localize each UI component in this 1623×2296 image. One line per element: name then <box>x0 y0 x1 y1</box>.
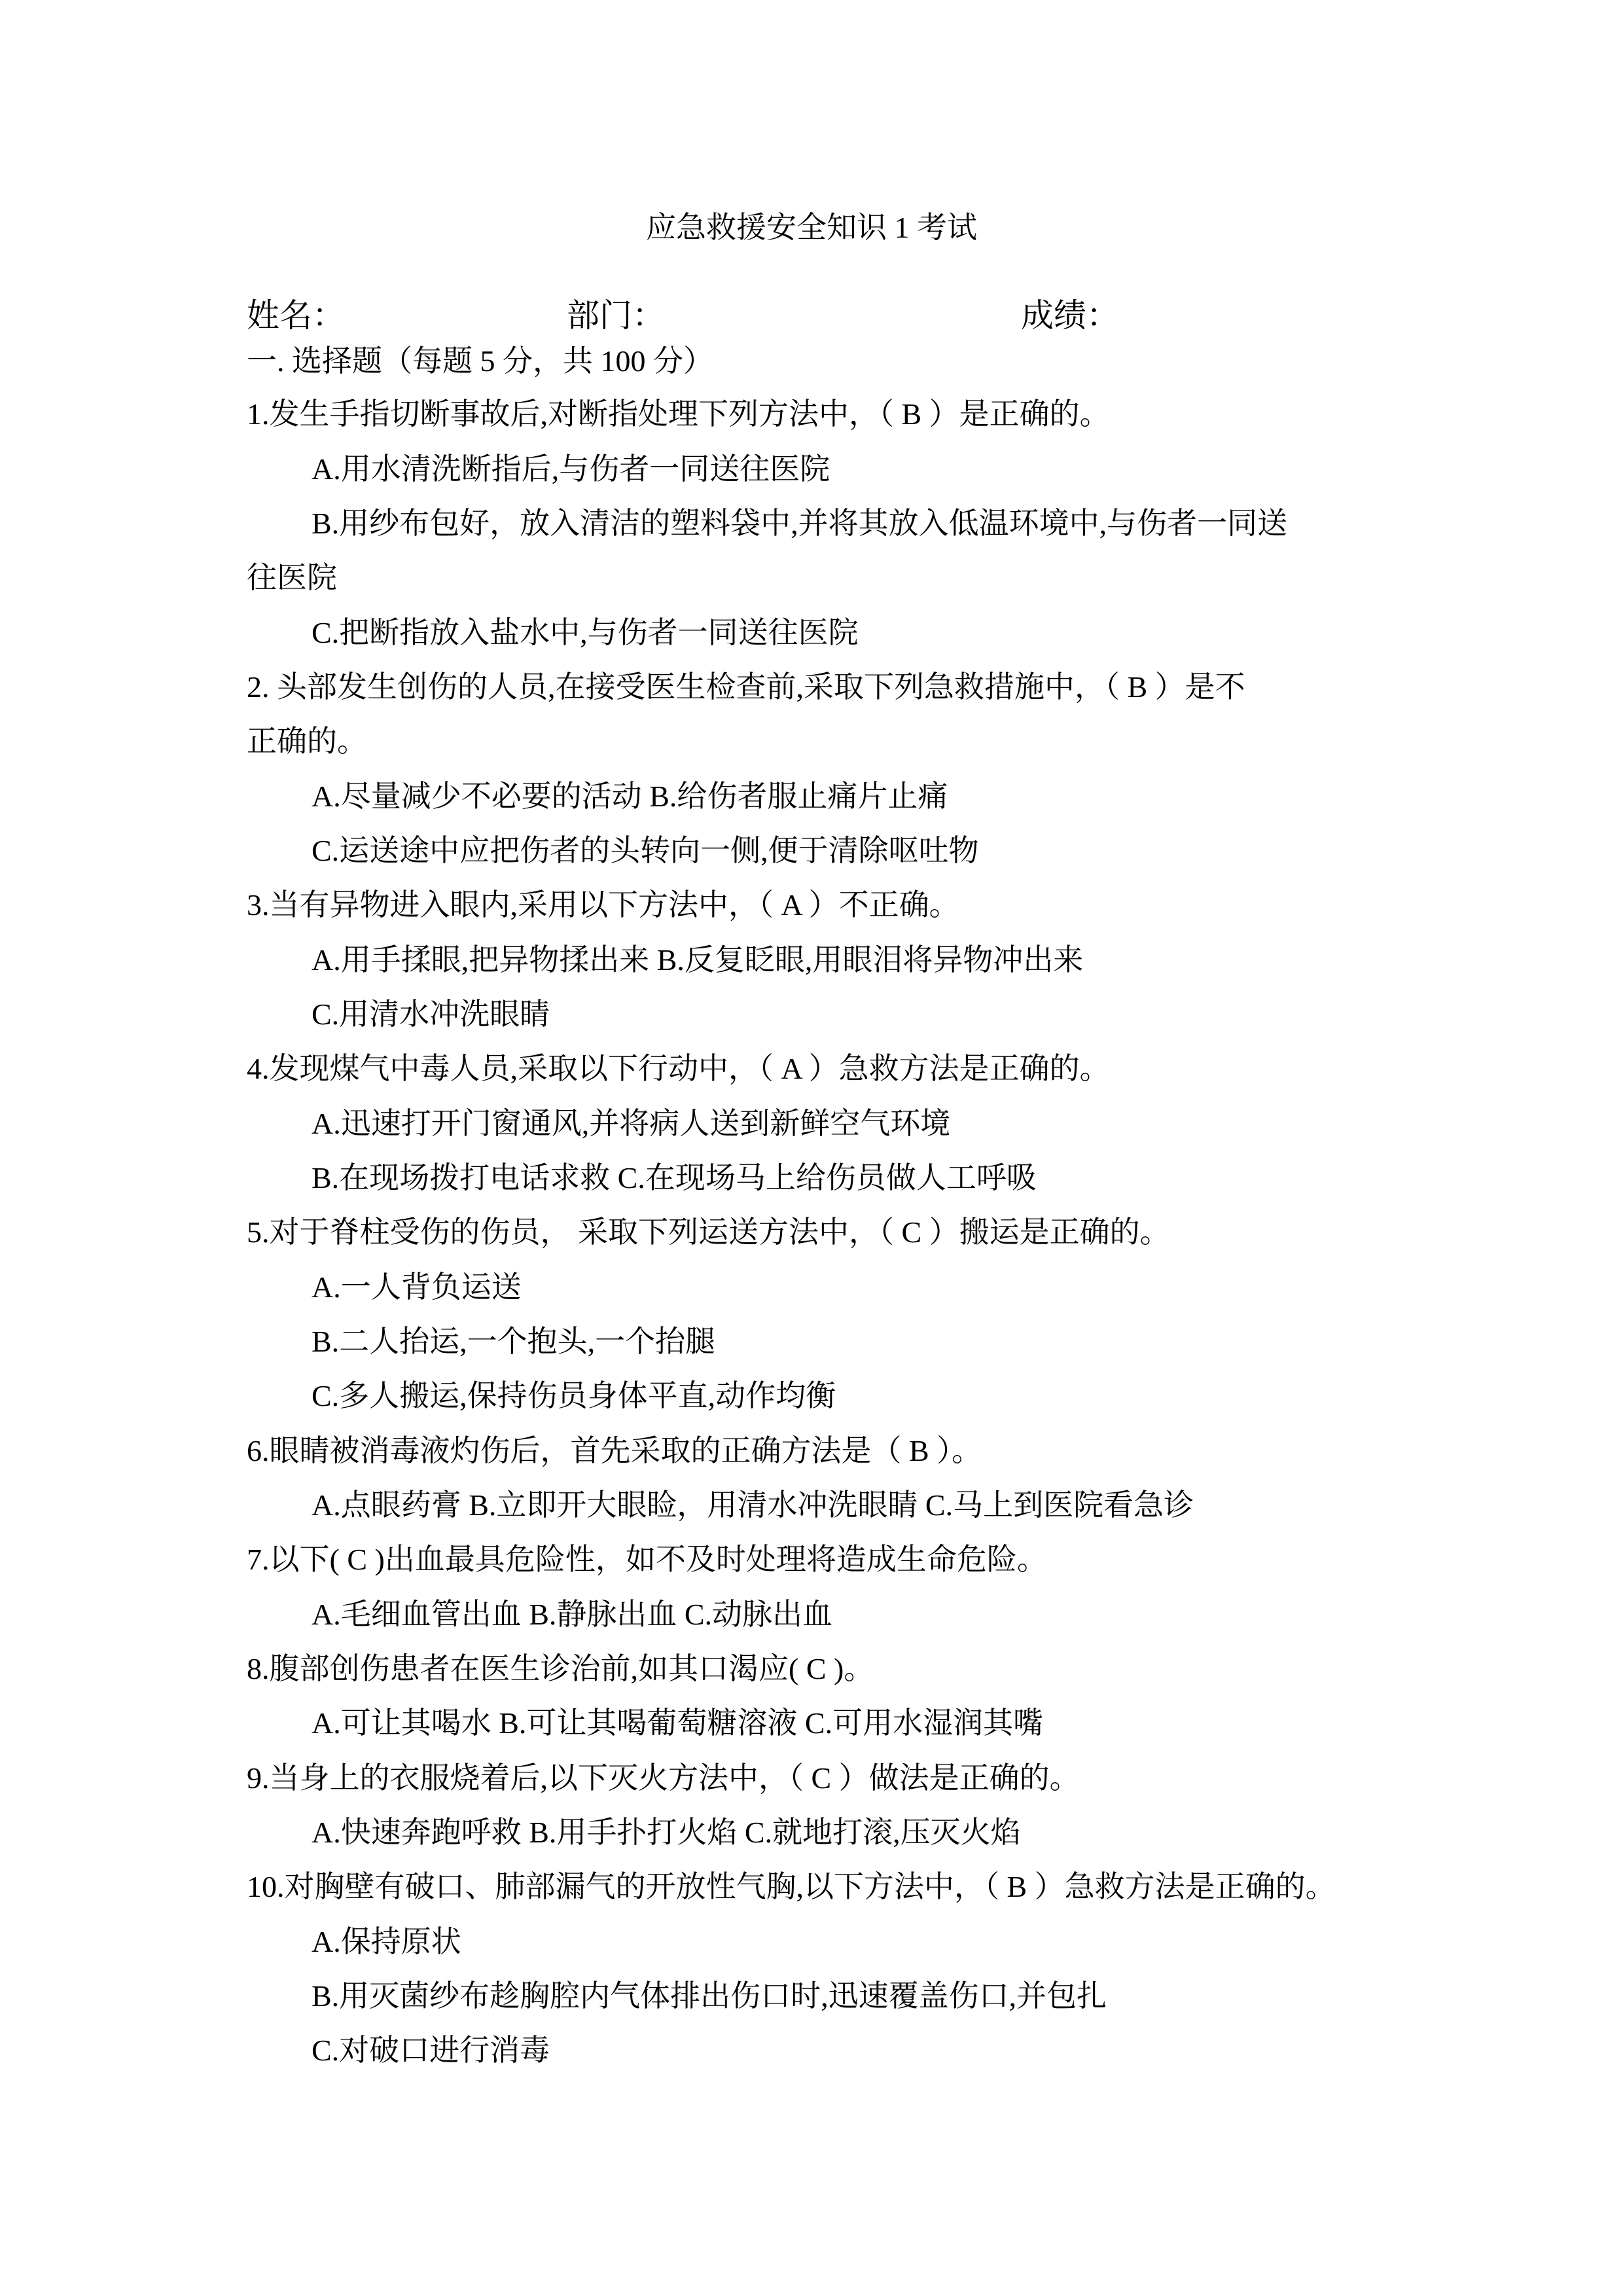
option-c: C.运送途中应把伤者的头转向一侧,便于清除呕吐物 <box>312 831 979 870</box>
question-text: 5.对于脊柱受伤的伤员， 采取下列运送方法中，（ C ）搬运是正确的。 <box>247 1213 1170 1252</box>
question-text: 6.眼睛被消毒液灼伤后，首先采取的正确方法是（ B ）。 <box>247 1431 982 1471</box>
options-abc: A.毛细血管出血 B.静脉出血 C.动脉出血 <box>312 1595 832 1634</box>
name-field-label: 姓名： <box>247 295 345 336</box>
question-text-continuation: 正确的。 <box>247 722 367 761</box>
question-text: 10.对胸壁有破口、肺部漏气的开放性气胸,以下方法中，（ B ）急救方法是正确的… <box>247 1867 1336 1907</box>
option-a: A.保持原状 <box>312 1922 461 1962</box>
options-abc: A.快速奔跑呼救 B.用手扑打火焰 C.就地打滚,压灭火焰 <box>312 1813 1021 1852</box>
option-b: B.二人抬运,一个抱头,一个抬腿 <box>312 1322 715 1361</box>
question-text: 4.发现煤气中毒人员,采取以下行动中，（ A ）急救方法是正确的。 <box>247 1049 1110 1088</box>
exam-page: 应急救援安全知识 1 考试 姓名： 部门： 成绩： 一. 选择题（每题 5 分，… <box>0 0 1623 2296</box>
option-a: A.一人背负运送 <box>312 1268 522 1307</box>
question-text: 2. 头部发生创伤的人员,在接受医生检查前,采取下列急救措施中，（ B ）是不 <box>247 668 1245 707</box>
department-field-label: 部门： <box>567 295 665 336</box>
option-a: A.迅速打开门窗通风,并将病人送到新鲜空气环境 <box>312 1104 950 1143</box>
section-heading: 一. 选择题（每题 5 分，共 100 分） <box>247 342 713 381</box>
option-c: C.对破口进行消毒 <box>312 2031 550 2070</box>
option-c: C.把断指放入盐水中,与伤者一同送往医院 <box>312 613 859 653</box>
page-title: 应急救援安全知识 1 考试 <box>0 208 1623 247</box>
option-b-continuation: 往医院 <box>247 558 337 598</box>
score-field-label: 成绩： <box>1021 295 1119 336</box>
options-abc: A.可让其喝水 B.可让其喝葡萄糖溶液 C.可用水湿润其嘴 <box>312 1704 1043 1743</box>
question-text: 1.发生手指切断事故后,对断指处理下列方法中，（ B ）是正确的。 <box>247 395 1110 434</box>
option-c: C.多人搬运,保持伤员身体平直,动作均衡 <box>312 1376 836 1416</box>
option-a: A.用水清洗断指后,与伤者一同送往医院 <box>312 450 830 489</box>
question-text: 9.当身上的衣服烧着后,以下灭火方法中，（ C ）做法是正确的。 <box>247 1759 1080 1798</box>
option-b-c: B.在现场拨打电话求救 C.在现场马上给伤员做人工呼吸 <box>312 1158 1037 1198</box>
option-a-b: A.尽量减少不必要的活动 B.给伤者服止痛片止痛 <box>312 777 948 816</box>
option-c: C.用清水冲洗眼睛 <box>312 995 550 1034</box>
option-a-b: A.用手揉眼,把异物揉出来 B.反复眨眼,用眼泪将异物冲出来 <box>312 941 1083 980</box>
question-text: 8.腹部创伤患者在医生诊治前,如其口渴应( C )。 <box>247 1649 874 1689</box>
option-b: B.用纱布包好，放入清洁的塑料袋中,并将其放入低温环境中,与伤者一同送 <box>312 504 1287 543</box>
option-b: B.用灭菌纱布趁胸腔内气体排出伤口时,迅速覆盖伤口,并包扎 <box>312 1977 1107 2016</box>
question-text: 7.以下( C )出血最具危险性，如不及时处理将造成生命危险。 <box>247 1540 1047 1579</box>
options-abc: A.点眼药膏 B.立即开大眼睑，用清水冲洗眼睛 C.马上到医院看急诊 <box>312 1486 1194 1525</box>
question-text: 3.当有异物进入眼内,采用以下方法中，（ A ）不正确。 <box>247 886 959 925</box>
